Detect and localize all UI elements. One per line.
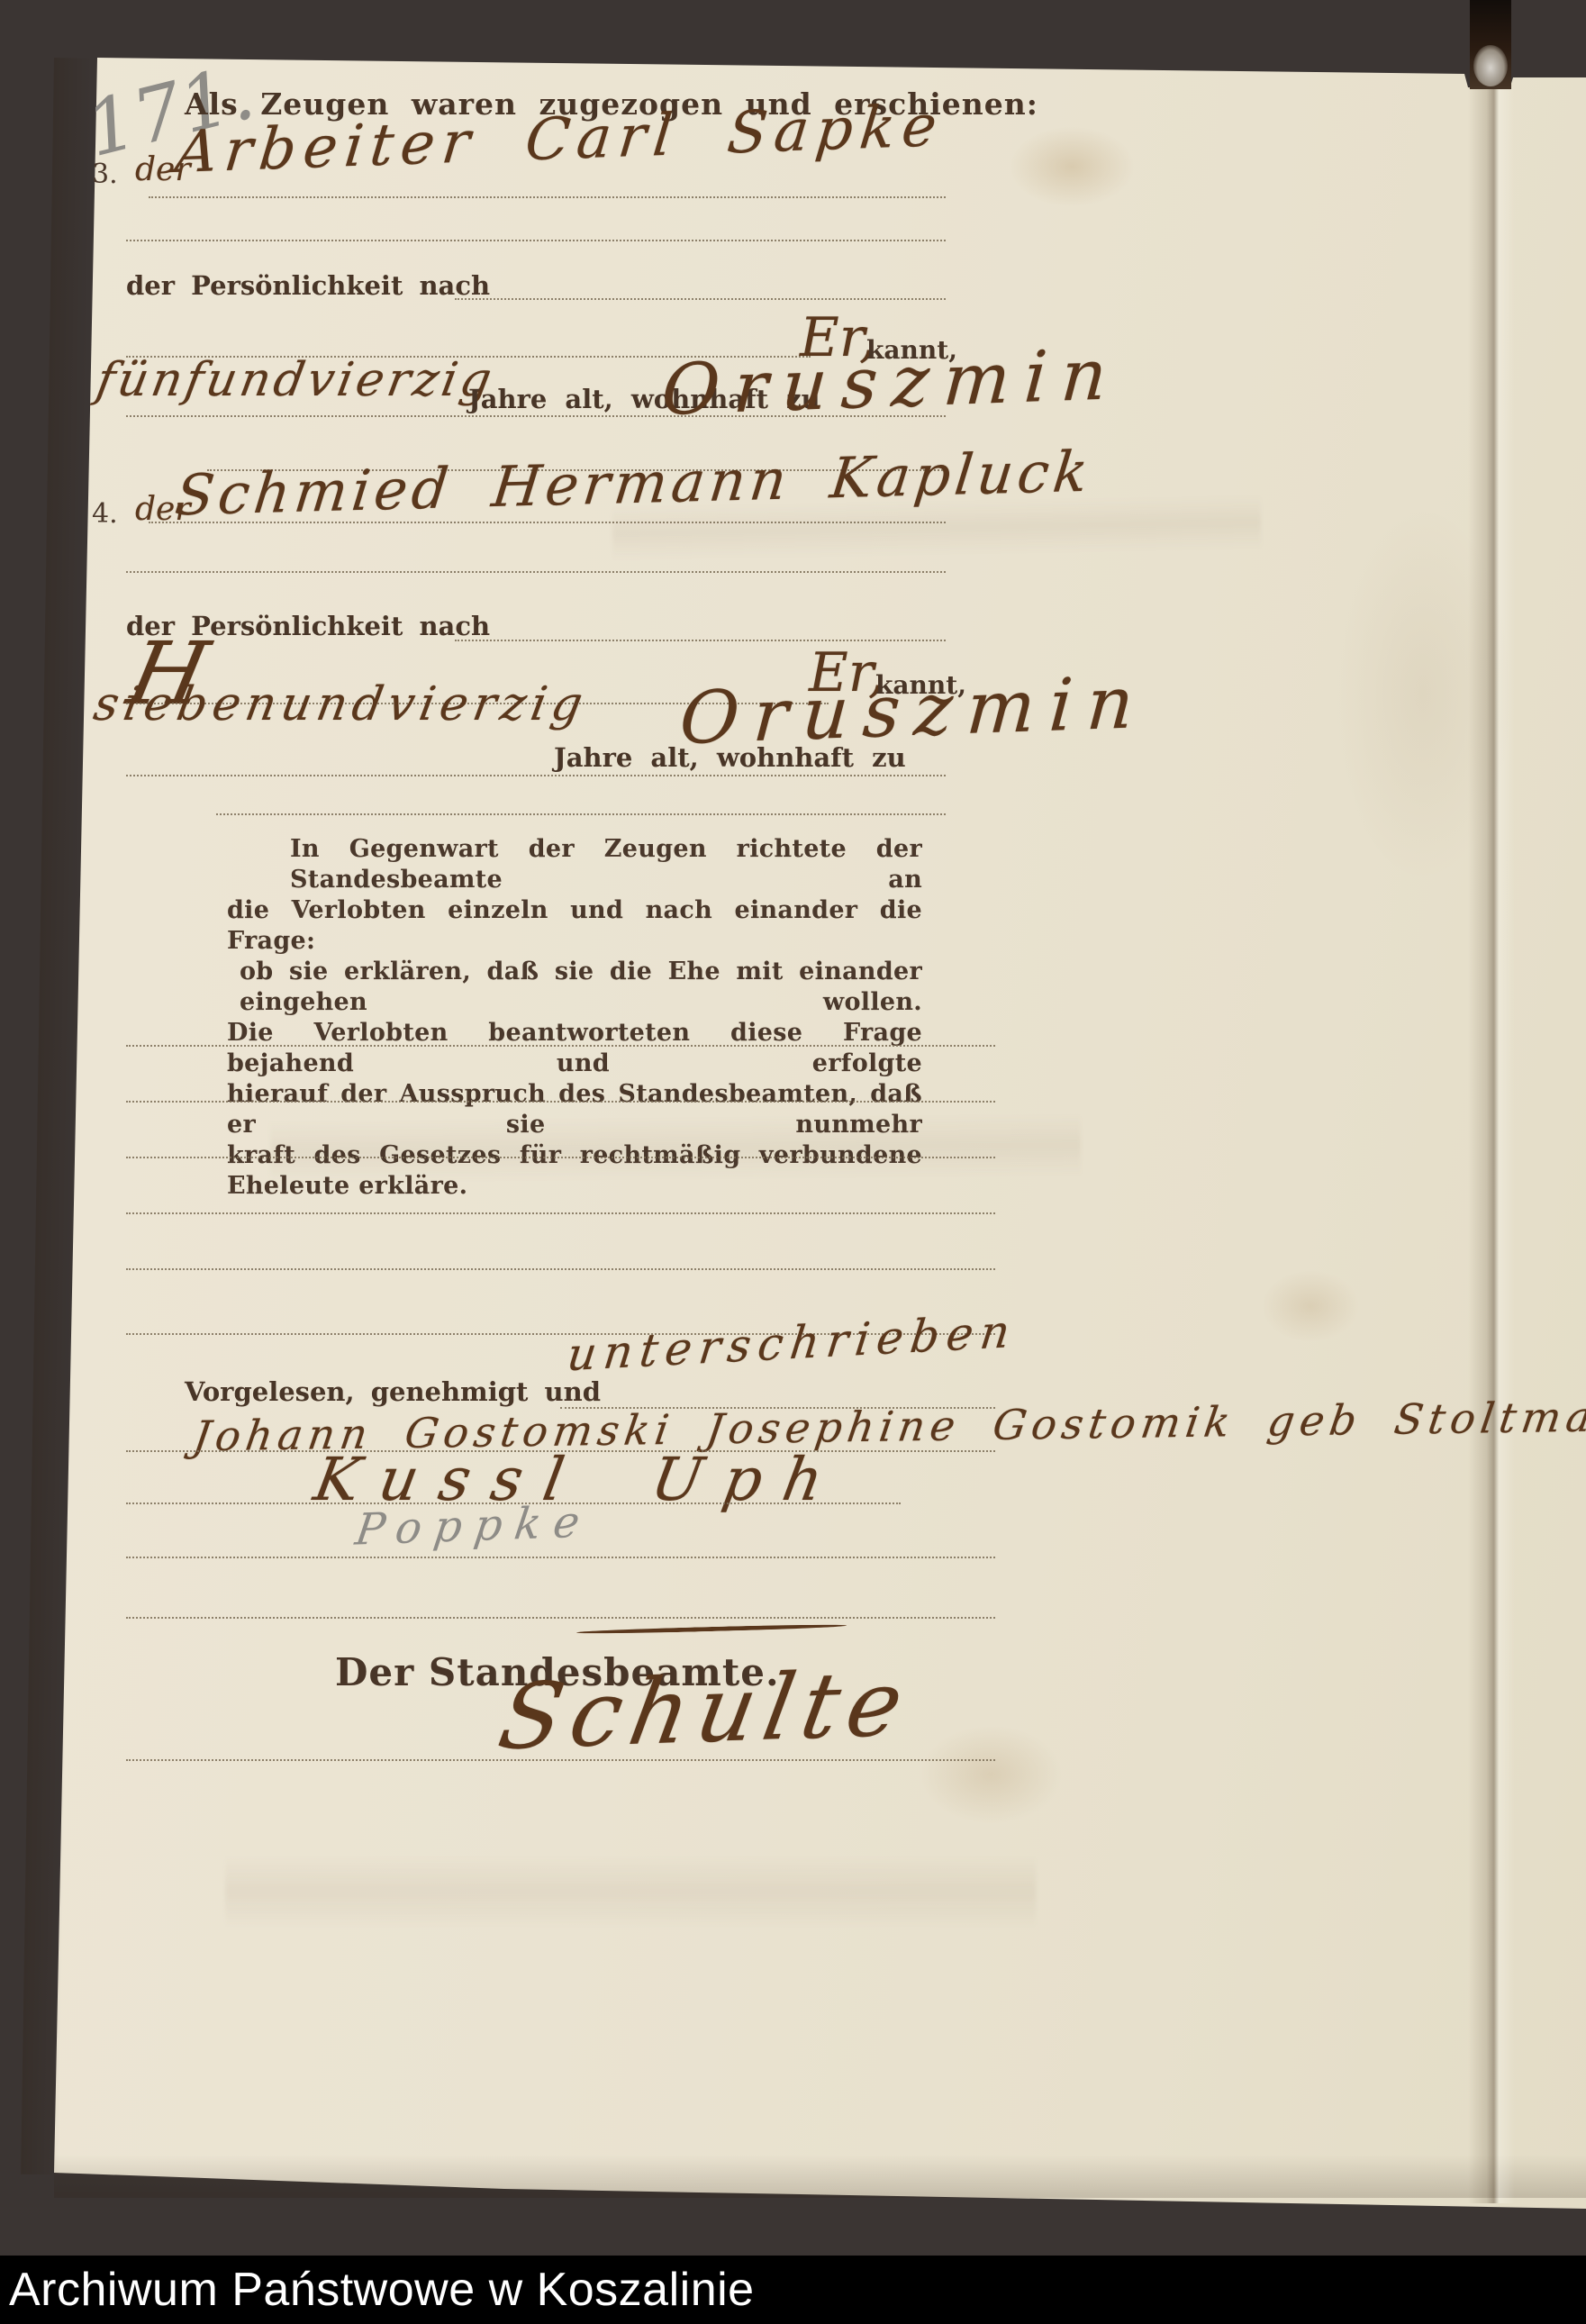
witness3-identity-label: der Persönlichkeit nach — [126, 270, 490, 301]
dotted-line — [126, 1101, 995, 1103]
dotted-line — [126, 1268, 995, 1270]
marriage-declaration-paragraph: In Gegenwart der Zeugen richtete der Sta… — [227, 834, 922, 1202]
paper-stain — [919, 1725, 1063, 1824]
binding-clamp-metal-shine — [1473, 45, 1508, 86]
dotted-line — [455, 298, 946, 300]
archive-watermark-bar: Archiwum Państwowe w Koszalinie — [0, 2256, 1586, 2324]
witness4-residence-handwritten: Oruszmin — [677, 660, 1151, 760]
dotted-line — [126, 240, 946, 241]
witness3-number: 3. — [92, 159, 118, 190]
dotted-line — [149, 196, 946, 198]
paper-stain — [1009, 126, 1135, 207]
binding-crease — [1468, 86, 1515, 2203]
witness3-residence-handwritten: Oruszmin — [659, 334, 1124, 431]
witness4-number: 4. — [92, 498, 118, 530]
dotted-line — [126, 1759, 995, 1761]
declaration-line: die Verlobten einzeln und nach einander … — [227, 895, 922, 957]
dotted-line — [126, 1212, 995, 1214]
dotted-line — [126, 1557, 995, 1558]
declaration-line: kraft des Gesetzes für rechtmäßig verbun… — [227, 1140, 922, 1202]
dotted-line — [216, 813, 946, 815]
dotted-line — [126, 1045, 995, 1047]
declaration-line: Die Verlobten beantworteten diese Frage … — [227, 1018, 922, 1079]
paper-stain — [1333, 504, 1513, 883]
dotted-line — [126, 1157, 995, 1158]
pencil-signature-annotation: Poppke — [352, 1496, 595, 1555]
dotted-line — [126, 571, 946, 573]
paper-stain — [1261, 1270, 1360, 1342]
document-scan: 171. Als Zeugen waren zugezogen und ersc… — [0, 0, 1586, 2324]
dotted-line — [126, 1617, 995, 1619]
registrar-signature-handwritten: Schulte — [492, 1650, 920, 1771]
declaration-line: In Gegenwart der Zeugen richtete der Sta… — [227, 834, 922, 895]
witness4-age-handwritten: siebenundvierzig — [90, 677, 592, 731]
archive-watermark-label: Archiwum Państwowe w Koszalinie — [0, 2256, 1586, 2324]
declaration-line: hierauf der Ausspruch des Standesbeamten… — [227, 1079, 922, 1140]
declaration-line: ob sie erklären, daß sie die Ehe mit ein… — [227, 957, 922, 1018]
closing-label: Vorgelesen, genehmigt und — [185, 1376, 601, 1407]
dotted-line — [149, 522, 946, 523]
dotted-line — [126, 775, 946, 776]
ink-bleedthrough — [225, 1856, 1036, 1928]
witness3-age-handwritten: fünfundvierzig — [93, 353, 499, 407]
page-bottom-edge-shadow — [54, 2144, 1586, 2198]
